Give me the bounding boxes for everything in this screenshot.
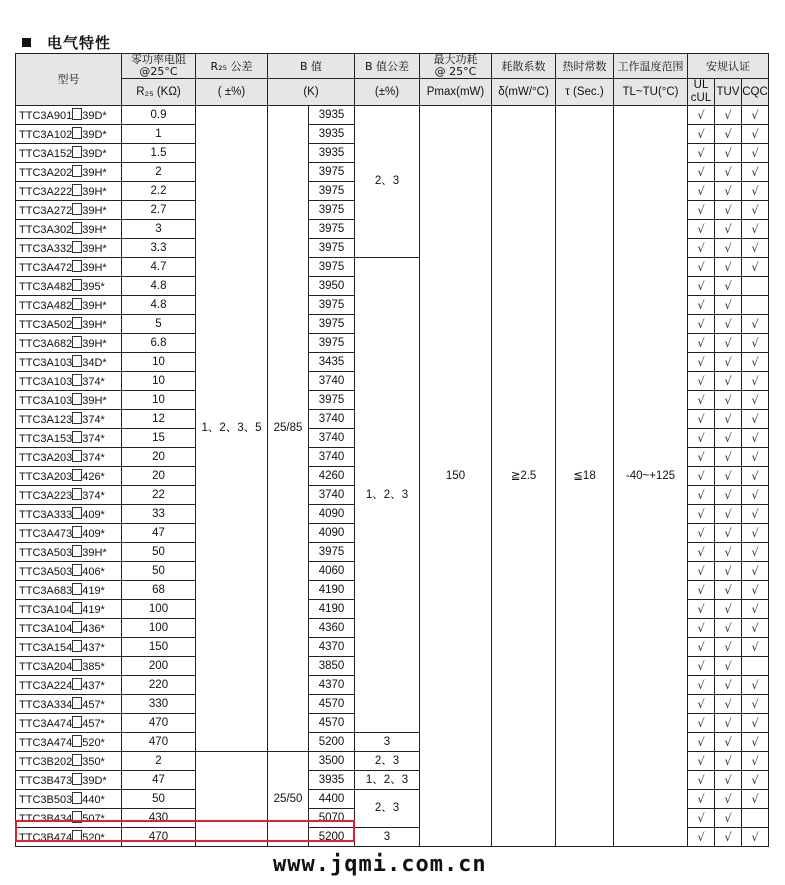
placeholder-box-icon [72,450,82,462]
cert-ul-check: √ [688,125,715,144]
cert-tuv-check: √ [715,353,742,372]
model-cell: TTC3A334457* [16,695,122,714]
cert-cqc-check: √ [742,182,769,201]
r25-cell: 47 [122,771,196,790]
header-certification: 安规认证 [688,54,769,79]
cert-tuv-check: √ [715,695,742,714]
cert-cqc-check: √ [742,448,769,467]
placeholder-box-icon [72,526,82,538]
cert-ul-check: √ [688,714,715,733]
b-tolerance-cell: 3 [355,733,420,752]
r25-cell: 10 [122,353,196,372]
cert-tuv-check: √ [715,220,742,239]
cert-ul-check: √ [688,429,715,448]
cert-ul-check: √ [688,543,715,562]
table-body: TTC3A90139D*0.91、2、3、525/8539352、3150≧2.… [16,106,769,847]
cert-ul-check: √ [688,619,715,638]
b-value-cell: 3975 [309,296,355,315]
placeholder-box-icon [72,792,82,804]
cert-cqc-check: √ [742,201,769,220]
cert-tuv-check: √ [715,258,742,277]
r25-cell: 430 [122,809,196,828]
model-cell: TTC3A90139D* [16,106,122,125]
r25-cell: 220 [122,676,196,695]
cert-tuv-check: √ [715,201,742,220]
r25-cell: 20 [122,448,196,467]
r25-cell: 15 [122,429,196,448]
r25-cell: 50 [122,790,196,809]
cert-cqc-check: √ [742,828,769,847]
cert-tuv-check: √ [715,239,742,258]
cert-ul-check: √ [688,163,715,182]
placeholder-box-icon [72,621,82,633]
cert-ul-check: √ [688,410,715,429]
cert-ul-check: √ [688,296,715,315]
placeholder-box-icon [72,184,82,196]
cert-ul-check: √ [688,524,715,543]
cert-cqc-check: √ [742,581,769,600]
placeholder-box-icon [72,241,82,253]
cert-tuv-check: √ [715,448,742,467]
pmax-cell: 150 [420,106,492,847]
r25-cell: 10 [122,372,196,391]
b-value-cell: 4370 [309,638,355,657]
b-value-cell: 3975 [309,220,355,239]
cert-tuv-check: √ [715,125,742,144]
cert-ul-check: √ [688,486,715,505]
cert-tuv-check: √ [715,163,742,182]
r25-cell: 330 [122,695,196,714]
r25-cell: 470 [122,733,196,752]
cert-ul-check: √ [688,657,715,676]
placeholder-box-icon [72,146,82,158]
cert-cqc-check: √ [742,771,769,790]
b-value-cell: 3740 [309,429,355,448]
b-value-cell: 4370 [309,676,355,695]
cert-ul-check: √ [688,182,715,201]
cert-tuv-check: √ [715,106,742,125]
cert-ul-check: √ [688,277,715,296]
placeholder-box-icon [72,412,82,424]
cert-tuv-check: √ [715,543,742,562]
placeholder-box-icon [72,165,82,177]
placeholder-box-icon [72,374,82,386]
b-value-cell: 3935 [309,144,355,163]
model-cell: TTC3A10339H* [16,391,122,410]
model-cell: TTC3A123374* [16,410,122,429]
cert-cqc-check: √ [742,220,769,239]
b-value-cell: 3935 [309,106,355,125]
cert-cqc-check: √ [742,372,769,391]
cert-cqc-check: √ [742,467,769,486]
model-cell: TTC3A50339H* [16,543,122,562]
cert-tuv-check: √ [715,315,742,334]
cert-tuv-check: √ [715,486,742,505]
table-row: TTC3A90139D*0.91、2、3、525/8539352、3150≧2.… [16,106,769,125]
r25-cell: 1.5 [122,144,196,163]
placeholder-box-icon [72,279,82,291]
b-value-cell: 3975 [309,315,355,334]
header-cert-ul: UL cUL [688,79,715,106]
cert-tuv-check: √ [715,182,742,201]
model-cell: TTC3A224437* [16,676,122,695]
header-b-tolerance: B 值公差 [355,54,420,79]
model-cell: TTC3A50239H* [16,315,122,334]
b-value-cell: 4400 [309,790,355,809]
b-value-cell: 3740 [309,486,355,505]
b-value-cell: 3975 [309,239,355,258]
cert-ul-check: √ [688,106,715,125]
unit-r25: R₂₅ (KΩ) [122,79,196,106]
b-value-cell: 3500 [309,752,355,771]
cert-ul-check: √ [688,790,715,809]
r25-cell: 10 [122,391,196,410]
cert-cqc-check: √ [742,429,769,448]
cert-tuv-check: √ [715,619,742,638]
r25-cell: 100 [122,619,196,638]
b-value-cell: 4190 [309,581,355,600]
placeholder-box-icon [72,203,82,215]
header-temp-range: 工作温度范围 [614,54,688,79]
r25-cell: 50 [122,562,196,581]
r25-cell: 68 [122,581,196,600]
placeholder-box-icon [72,260,82,272]
b-value-cell: 4570 [309,695,355,714]
cert-ul-check: √ [688,334,715,353]
b-tolerance-cell: 3 [355,828,420,847]
r25-cell: 2.7 [122,201,196,220]
cert-ul-check: √ [688,372,715,391]
model-cell: TTC3A27239H* [16,201,122,220]
b-value-cell: 3935 [309,125,355,144]
placeholder-box-icon [72,830,82,842]
placeholder-box-icon [72,545,82,557]
r25-cell: 100 [122,600,196,619]
cert-ul-check: √ [688,239,715,258]
header-cert-cqc: CQC [742,79,769,106]
model-cell: TTC3B47339D* [16,771,122,790]
r25-tolerance-cell: 1、2、3、5 [196,106,268,752]
model-cell: TTC3A68239H* [16,334,122,353]
model-cell: TTC3A47239H* [16,258,122,277]
cert-tuv-check: √ [715,391,742,410]
cert-tuv-check: √ [715,505,742,524]
b-value-cell: 3435 [309,353,355,372]
b-value-cell: 3740 [309,448,355,467]
cert-ul-check: √ [688,828,715,847]
cert-ul-check: √ [688,676,715,695]
b-tolerance-cell: 1、2、3 [355,771,420,790]
r25-cell: 5 [122,315,196,334]
placeholder-box-icon [72,640,82,652]
cert-ul-check: √ [688,600,715,619]
r25-cell: 47 [122,524,196,543]
b-value-cell: 3975 [309,334,355,353]
b-value-cell: 3975 [309,258,355,277]
b-value-cell: 3740 [309,372,355,391]
cert-cqc-check: √ [742,106,769,125]
model-cell: TTC3A154437* [16,638,122,657]
cert-cqc-check: √ [742,315,769,334]
b-value-cell: 4260 [309,467,355,486]
cert-tuv-check: √ [715,714,742,733]
model-cell: TTC3A223374* [16,486,122,505]
cert-tuv-check: √ [715,828,742,847]
placeholder-box-icon [72,431,82,443]
b-tolerance-cell: 2、3 [355,752,420,771]
b-value-cell: 3975 [309,201,355,220]
cert-cqc-check: √ [742,695,769,714]
cert-tuv-check: √ [715,372,742,391]
cert-tuv-check: √ [715,771,742,790]
model-cell: TTC3A204385* [16,657,122,676]
placeholder-box-icon [72,735,82,747]
model-cell: TTC3A203374* [16,448,122,467]
temp-range-cell: -40~+125 [614,106,688,847]
cert-ul-check: √ [688,391,715,410]
cert-ul-check: √ [688,315,715,334]
cert-tuv-check: √ [715,467,742,486]
cert-ul-check: √ [688,562,715,581]
cert-ul-check: √ [688,638,715,657]
b-value-cell: 4360 [309,619,355,638]
model-cell: TTC3A10334D* [16,353,122,372]
cert-cqc-check: √ [742,353,769,372]
placeholder-box-icon [72,507,82,519]
b-range-cell: 25/85 [268,106,309,752]
header-r25-tolerance: R₂₅ 公差 [196,54,268,79]
b-value-cell: 4060 [309,562,355,581]
cert-tuv-check: √ [715,790,742,809]
b-value-cell: 4090 [309,505,355,524]
cert-cqc-check: √ [742,144,769,163]
cert-ul-check: √ [688,448,715,467]
cert-tuv-check: √ [715,562,742,581]
cert-tuv-check: √ [715,277,742,296]
b-tolerance-cell: 1、2、3 [355,258,420,733]
b-value-cell: 3740 [309,410,355,429]
dissipation-cell: ≧2.5 [492,106,556,847]
cert-tuv-check: √ [715,733,742,752]
cert-ul-check: √ [688,467,715,486]
cert-cqc-check [742,657,769,676]
cert-cqc-check: √ [742,163,769,182]
cert-tuv-check: √ [715,296,742,315]
model-cell: TTC3A30239H* [16,220,122,239]
b-value-cell: 4570 [309,714,355,733]
r25-cell: 150 [122,638,196,657]
cert-cqc-check [742,277,769,296]
cert-tuv-check: √ [715,638,742,657]
r25-cell: 2 [122,752,196,771]
r25-cell: 4.7 [122,258,196,277]
cert-tuv-check: √ [715,144,742,163]
cert-tuv-check: √ [715,524,742,543]
model-cell: TTC3B503440* [16,790,122,809]
cert-ul-check: √ [688,505,715,524]
r25-cell: 22 [122,486,196,505]
r25-cell: 4.8 [122,277,196,296]
b-tolerance-cell: 2、3 [355,790,420,828]
model-cell: TTC3A22239H* [16,182,122,201]
model-cell: TTC3A482395* [16,277,122,296]
cert-ul-check: √ [688,144,715,163]
cert-tuv-check: √ [715,809,742,828]
r25-cell: 6.8 [122,334,196,353]
cert-tuv-check: √ [715,657,742,676]
cert-ul-check: √ [688,752,715,771]
cert-tuv-check: √ [715,581,742,600]
r25-cell: 33 [122,505,196,524]
placeholder-box-icon [72,716,82,728]
cert-cqc-check [742,809,769,828]
b-value-cell: 3975 [309,182,355,201]
square-bullet-icon [22,38,31,47]
placeholder-box-icon [72,602,82,614]
unit-pmax: Pmax(mW) [420,79,492,106]
header-tau: 热时常数 [556,54,614,79]
b-value-cell: 5200 [309,733,355,752]
model-cell: TTC3A104419* [16,600,122,619]
header-r25: 零功率电阻 @25°C [122,54,196,79]
r25-cell: 4.8 [122,296,196,315]
b-value-cell: 3975 [309,391,355,410]
model-cell: TTC3A474457* [16,714,122,733]
cert-cqc-check: √ [742,239,769,258]
model-cell: TTC3A203426* [16,467,122,486]
cert-cqc-check: √ [742,391,769,410]
cert-ul-check: √ [688,201,715,220]
placeholder-box-icon [72,697,82,709]
placeholder-box-icon [72,127,82,139]
model-cell: TTC3A104436* [16,619,122,638]
r25-cell: 3 [122,220,196,239]
model-cell: TTC3A33239H* [16,239,122,258]
cert-cqc-check: √ [742,125,769,144]
cert-ul-check: √ [688,220,715,239]
model-cell: TTC3A503406* [16,562,122,581]
r25-cell: 470 [122,714,196,733]
r25-cell: 1 [122,125,196,144]
r25-cell: 50 [122,543,196,562]
cert-cqc-check: √ [742,543,769,562]
cert-ul-check: √ [688,733,715,752]
cert-tuv-check: √ [715,752,742,771]
placeholder-box-icon [72,469,82,481]
cert-ul-check: √ [688,353,715,372]
cert-ul-check: √ [688,771,715,790]
model-cell: TTC3B202350* [16,752,122,771]
cert-ul-check: √ [688,581,715,600]
cert-ul-check: √ [688,809,715,828]
r25-cell: 200 [122,657,196,676]
b-range-cell: 25/50 [268,752,309,847]
model-cell: TTC3A10239D* [16,125,122,144]
cert-cqc-check: √ [742,410,769,429]
unit-r25-tolerance: ( ±%) [196,79,268,106]
model-cell: TTC3A15239D* [16,144,122,163]
section-title-text: 电气特性 [47,34,111,52]
cert-cqc-check: √ [742,258,769,277]
unit-b-value: (K) [268,79,355,106]
cert-cqc-check: √ [742,733,769,752]
cert-cqc-check: √ [742,334,769,353]
cert-cqc-check: √ [742,714,769,733]
header-dissipation: 耗散系数 [492,54,556,79]
cert-cqc-check: √ [742,524,769,543]
cert-cqc-check: √ [742,619,769,638]
cert-cqc-check: √ [742,790,769,809]
placeholder-box-icon [72,108,82,120]
unit-b-tolerance: (±%) [355,79,420,106]
section-title: 电气特性 [22,32,111,53]
b-value-cell: 5200 [309,828,355,847]
cert-ul-check: √ [688,695,715,714]
unit-dissipation: δ(mW/°C) [492,79,556,106]
cert-cqc-check [742,296,769,315]
r25-cell: 0.9 [122,106,196,125]
model-cell: TTC3A333409* [16,505,122,524]
model-cell: TTC3A474520* [16,733,122,752]
model-cell: TTC3A473409* [16,524,122,543]
cert-tuv-check: √ [715,410,742,429]
b-value-cell: 5070 [309,809,355,828]
b-value-cell: 3975 [309,163,355,182]
cert-tuv-check: √ [715,429,742,448]
placeholder-box-icon [72,811,82,823]
model-cell: TTC3A153374* [16,429,122,448]
header-cert-tuv: TUV [715,79,742,106]
cert-cqc-check: √ [742,676,769,695]
placeholder-box-icon [72,488,82,500]
unit-tau: τ (Sec.) [556,79,614,106]
r25-cell: 470 [122,828,196,847]
cert-cqc-check: √ [742,505,769,524]
cert-tuv-check: √ [715,600,742,619]
model-cell: TTC3B474520* [16,828,122,847]
placeholder-box-icon [72,659,82,671]
cert-ul-check: √ [688,258,715,277]
header-model: 型号 [16,54,122,106]
b-value-cell: 3935 [309,771,355,790]
b-value-cell: 3975 [309,543,355,562]
placeholder-box-icon [72,298,82,310]
b-value-cell: 4190 [309,600,355,619]
placeholder-box-icon [72,564,82,576]
model-cell: TTC3A103374* [16,372,122,391]
model-cell: TTC3A48239H* [16,296,122,315]
tau-cell: ≦18 [556,106,614,847]
cert-cqc-check: √ [742,562,769,581]
placeholder-box-icon [72,222,82,234]
placeholder-box-icon [72,336,82,348]
cert-tuv-check: √ [715,676,742,695]
model-cell: TTC3A20239H* [16,163,122,182]
r25-cell: 3.3 [122,239,196,258]
placeholder-box-icon [72,393,82,405]
placeholder-box-icon [72,355,82,367]
placeholder-box-icon [72,754,82,766]
electrical-characteristics-table: 型号 零功率电阻 @25°C R₂₅ 公差 B 值 B 值公差 最大功耗 @ 2… [15,53,769,847]
cert-cqc-check: √ [742,600,769,619]
placeholder-box-icon [72,583,82,595]
cert-tuv-check: √ [715,334,742,353]
b-value-cell: 3850 [309,657,355,676]
placeholder-box-icon [72,773,82,785]
placeholder-box-icon [72,678,82,690]
unit-temp-range: TL~TU(°C) [614,79,688,106]
placeholder-box-icon [72,317,82,329]
